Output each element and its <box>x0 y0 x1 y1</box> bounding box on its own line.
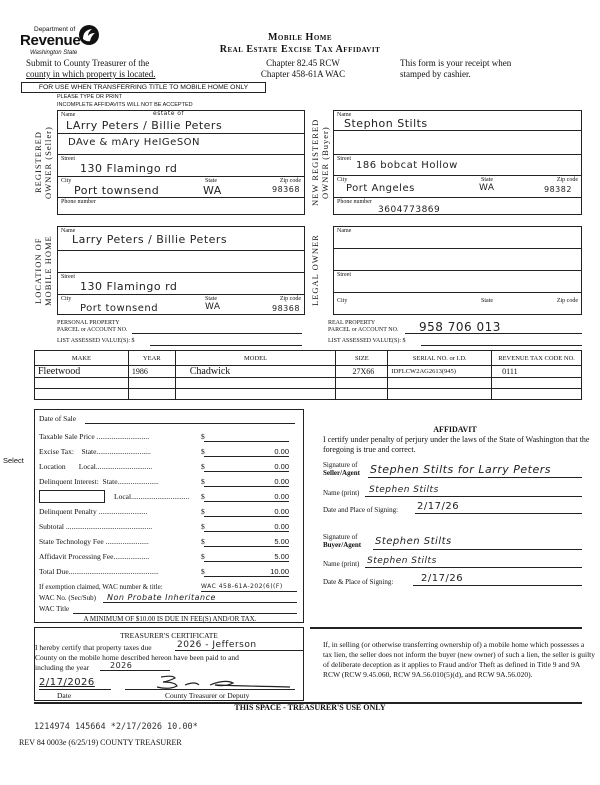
legal-name-row[interactable]: Name <box>334 227 581 249</box>
receipt-notice: This form is your receipt when stamped b… <box>400 58 511 80</box>
name-label: Name <box>337 228 351 234</box>
year-value: 2026 <box>110 661 132 670</box>
buyer-date-value: 2/17/26 <box>421 573 463 584</box>
treasurer-text-3: including the year <box>35 663 89 672</box>
seller-signature-field[interactable]: Stephen Stilts for Larry Peters <box>368 477 582 478</box>
mobile-home-table: MAKE YEAR MODEL SIZE SERIAL NO. or I.D. … <box>34 350 582 400</box>
fee-section: Date of Sale Taxable Sale Price ........… <box>34 409 304 623</box>
buyer-label-1: NEW REGISTERED <box>310 119 320 206</box>
cert-date-field[interactable]: 2/17/2026 <box>39 689 111 690</box>
real-account-field[interactable]: 958 706 013 <box>405 320 582 334</box>
submit-line-2: county in which property is located. <box>26 69 155 80</box>
street-label: Street <box>337 156 351 162</box>
taxes-due-value: 2026 - Jefferson <box>177 640 257 650</box>
buyer-sig-label-1: Signature of <box>323 533 361 541</box>
affidavit-text: I certify under penalty of perjury under… <box>323 435 593 455</box>
col-tax-code: REVENUE TAX CODE NO. <box>492 351 582 366</box>
buyer-name-field[interactable]: Stephen Stilts <box>365 567 582 568</box>
seller-state-value: WA <box>203 184 222 197</box>
cell-year[interactable] <box>128 389 175 400</box>
fee-label: Total Due <box>39 567 69 576</box>
treasurer-text-1: I hereby certify that property taxes due <box>35 643 152 652</box>
receipt-line-2: stamped by cashier. <box>400 69 511 80</box>
date-of-sale-label: Date of Sale <box>39 414 76 423</box>
buyer-signature-value: Stephen Stilts <box>375 536 452 547</box>
buyer-phone-value: 3604773869 <box>378 205 440 215</box>
real-label-1: REAL PROPERTY <box>328 320 398 327</box>
location-name-value: Larry Peters / Billie Peters <box>72 233 227 246</box>
col-size: SIZE <box>336 351 388 366</box>
seller-label-2: OWNER (Seller) <box>43 126 53 199</box>
excise-tax-local-label: Location Local..........................… <box>39 462 152 471</box>
excise-tax-state-field[interactable]: 0.00 <box>204 447 289 457</box>
city-label: City <box>61 178 71 184</box>
city-label: City <box>61 296 71 302</box>
cell-model[interactable] <box>175 389 336 400</box>
wac-no-value[interactable]: Non Probate Inheritance <box>107 593 216 602</box>
cell-serial[interactable] <box>388 378 492 389</box>
location-name-row-2[interactable] <box>58 251 304 273</box>
buyer-signature-label: Signature of Buyer/Agent <box>323 533 361 549</box>
treasurer-certificate: TREASURER'S CERTIFICATE I hereby certify… <box>34 627 304 701</box>
buyer-sig-label-2: Buyer/Agent <box>323 541 361 549</box>
cell-tax-code[interactable] <box>492 389 582 400</box>
taxable-sale-price-label: Taxable Sale Price .....................… <box>39 432 149 441</box>
real-assessed-field[interactable] <box>421 345 582 346</box>
delinquent-interest-state-label: Delinquent Interest: State..............… <box>39 477 159 486</box>
receipt-line-1: This form is your receipt when <box>400 58 511 69</box>
seller-street-row[interactable]: Street 130 Flamingo rd <box>58 155 304 177</box>
cell-serial[interactable]: IDFLCW2AG2613(945) <box>388 366 492 378</box>
wac-title-label: WAC Title <box>39 605 69 613</box>
legal-street-row[interactable]: Street <box>334 271 581 293</box>
cell-year[interactable] <box>128 378 175 389</box>
seller-street-value: 130 Flamingo rd <box>80 162 177 175</box>
cert-date-label: Date <box>57 691 71 700</box>
personal-assessed-label: LIST ASSESSED VALUE(S): $ <box>57 338 135 344</box>
personal-account-field[interactable] <box>132 333 302 334</box>
fee-sub-label: Local <box>114 492 131 501</box>
phone-label: Phone number <box>337 199 372 205</box>
personal-property-label: PERSONAL PROPERTY PARCEL or ACCOUNT NO. <box>57 320 127 334</box>
chapter-references: Chapter 82.45 RCW Chapter 458-61A WAC <box>253 58 353 80</box>
cert-date-value: 2/17/2026 <box>39 677 95 688</box>
form-title-line2: Real Estate Excise Tax Affidavit <box>190 44 410 55</box>
state-technology-fee-label: State Technology Fee ...................… <box>39 537 149 546</box>
buyer-label-2: OWNER (Buyer) <box>320 126 330 199</box>
personal-label-2: PARCEL or ACCOUNT NO. <box>57 327 127 334</box>
seller-date-field[interactable]: 2/17/26 <box>415 513 582 514</box>
delinquent-penalty-label: Delinquent Penalty .....................… <box>39 507 147 516</box>
submit-line-1: Submit to County Treasurer of the <box>26 58 155 69</box>
treasurer-text-1-label: I hereby certify that property taxes due <box>35 643 152 652</box>
seller-city-value: Port townsend <box>74 184 159 197</box>
cell-size[interactable] <box>336 389 388 400</box>
taxable-sale-price-field[interactable] <box>204 432 289 442</box>
buyer-name-row[interactable]: Name Stephon Stilts <box>334 111 581 131</box>
date-of-sale-field[interactable] <box>85 423 295 424</box>
real-account-value: 958 706 013 <box>419 320 501 334</box>
personal-label-1: PERSONAL PROPERTY <box>57 320 127 327</box>
buyer-city-value: Port Angeles <box>346 183 415 194</box>
cell-make[interactable]: Fleetwood <box>35 366 129 378</box>
treasurer-use-label: THIS SPACE - TREASURER'S USE ONLY <box>0 703 600 712</box>
total-due-label: Total Due...............................… <box>39 567 159 576</box>
delinquent-penalty-field[interactable]: 0.00 <box>204 507 289 517</box>
buyer-name-label: Name (print) <box>323 560 359 568</box>
location-zip-value: 98368 <box>272 304 300 313</box>
section-divider <box>310 627 582 629</box>
cell-model[interactable]: Chadwick <box>175 366 336 378</box>
zip-label: Zip code <box>280 296 301 302</box>
zip-label: Zip code <box>557 177 578 183</box>
table-row <box>35 378 582 389</box>
real-property-label: REAL PROPERTY PARCEL or ACCOUNT NO. <box>328 320 398 334</box>
seller-name-row-2[interactable]: DAve & mAry HeIGeSON <box>58 134 304 155</box>
total-due-field[interactable]: 10.00 <box>204 567 289 577</box>
location-block: Name Larry Peters / Billie Peters Street… <box>57 226 305 315</box>
street-label: Street <box>61 274 75 280</box>
buyer-name-row-2[interactable] <box>334 131 581 155</box>
cell-make[interactable] <box>35 389 129 400</box>
seller-city-row[interactable]: City Port townsend State WA Zip code 983… <box>58 177 304 198</box>
delinquent-interest-local-field[interactable]: 0.00 <box>204 492 289 502</box>
buyer-street-row[interactable]: Street 186 bobcat Hollow <box>334 155 581 176</box>
logo-state: Washington State <box>30 50 77 56</box>
buyer-name-print-value: Stephen Stilts <box>367 556 437 566</box>
fee-label: Delinquent Penalty <box>39 507 97 516</box>
cell-size[interactable]: 27X66 <box>336 366 388 378</box>
fee-sub-label: Local <box>79 462 96 471</box>
location-city-value: Port townsend <box>80 303 158 314</box>
seller-signature-value: Stephen Stilts for Larry Peters <box>370 463 551 476</box>
seller-sig-label-1: Signature of <box>323 461 360 469</box>
fee-label: Subtotal <box>39 522 64 531</box>
fee-label: Delinquent Interest: <box>39 477 99 486</box>
col-year: YEAR <box>128 351 175 366</box>
affidavit-title: AFFIDAVIT <box>310 425 600 434</box>
legal-owner-block: Name Street City State Zip code <box>333 226 582 315</box>
subtotal-label: Subtotal ...............................… <box>39 522 152 531</box>
state-technology-fee-field[interactable]: 5.00 <box>204 537 289 547</box>
buyer-date-label: Date & Place of Signing: <box>323 578 393 586</box>
seller-section-label: REGISTERED OWNER (Seller) <box>33 110 55 215</box>
seller-date-label: Date and Place of Signing: <box>323 506 398 514</box>
seller-name-label: Name (print) <box>323 489 359 497</box>
buyer-signature-field[interactable]: Stephen Stilts <box>373 549 582 550</box>
location-section-label: LOCATION OF MOBILE HOME <box>33 226 55 315</box>
buyer-name-value: Stephon Stilts <box>344 117 428 130</box>
cell-tax-code[interactable] <box>492 378 582 389</box>
seller-name-print-value: Stephen Stilts <box>369 485 439 495</box>
buyer-block: Name Stephon Stilts Street 186 bobcat Ho… <box>333 110 582 215</box>
form-title-line1: Mobile Home <box>0 32 600 43</box>
select-label: Select <box>3 456 24 465</box>
location-label-1: LOCATION OF <box>33 237 43 304</box>
table-row: Fleetwood 1986 Chadwick 27X66 IDFLCW2AG2… <box>35 366 582 378</box>
exemption-value[interactable]: WAC 458-61A-202(6)(F) <box>201 583 283 590</box>
treasurer-signer-label: County Treasurer or Deputy <box>165 691 249 700</box>
table-row <box>35 389 582 400</box>
treasurer-signature-field[interactable] <box>125 689 295 690</box>
print-instructions: PLEASE TYPE OR PRINT INCOMPLETE AFFIDAVI… <box>57 93 193 109</box>
street-label: Street <box>61 156 75 162</box>
buyer-zip-value: 98382 <box>544 185 572 194</box>
affidavit-processing-fee-label: Affidavit Processing Fee................… <box>39 552 149 561</box>
zip-label: Zip code <box>557 298 578 304</box>
fee-label: Excise Tax: <box>39 447 74 456</box>
taxes-due-field[interactable]: 2026 - Jefferson <box>175 650 303 651</box>
cell-size[interactable] <box>336 378 388 389</box>
cashier-stamp: 1214974 145664 *2/17/2026 10.00* <box>34 722 198 732</box>
seller-name-row[interactable]: Name estate of LArry Peters / Billie Pet… <box>58 111 304 134</box>
col-serial: SERIAL NO. or I.D. <box>388 351 492 366</box>
seller-block: Name estate of LArry Peters / Billie Pet… <box>57 110 305 215</box>
seller-name-line2-value: DAve & mAry HeIGeSON <box>68 137 200 148</box>
please-print: PLEASE TYPE OR PRINT <box>57 93 193 101</box>
location-label-2: MOBILE HOME <box>43 235 53 306</box>
cell-tax-code[interactable]: 0111 <box>492 366 582 378</box>
buyer-phone-row[interactable]: Phone number 3604773869 <box>334 198 581 216</box>
form-id: REV 84 0003e (6/25/19) COUNTY TREASURER <box>19 738 182 747</box>
excise-tax-local-field[interactable]: 0.00 <box>204 462 289 472</box>
location-name-row[interactable]: Name Larry Peters / Billie Peters <box>58 227 304 251</box>
seller-signature-label: Signature of Seller/Agent <box>323 461 360 477</box>
fee-label: State Technology Fee <box>39 537 104 546</box>
seller-name-annotation: estate of <box>153 110 184 117</box>
legal-owner-label: LEGAL OWNER <box>310 235 320 307</box>
treasurer-title: TREASURER'S CERTIFICATE <box>35 631 303 640</box>
delinquent-interest-state-field[interactable]: 0.00 <box>204 477 289 487</box>
excise-tax-state-label: Excise Tax: State.......................… <box>39 447 151 456</box>
fee-sub-label: State <box>81 447 96 456</box>
minimum-notice: A MINIMUM OF $10.00 IS DUE IN FEE(S) AND… <box>35 615 305 623</box>
chapter-rcw: Chapter 82.45 RCW <box>253 58 353 69</box>
personal-assessed-field[interactable] <box>150 345 302 346</box>
cell-model[interactable] <box>175 378 336 389</box>
buyer-city-row[interactable]: City Port Angeles State WA Zip code 9838… <box>334 176 581 198</box>
location-street-value: 130 Flamingo rd <box>80 280 177 293</box>
real-label-2: PARCEL or ACCOUNT NO. <box>328 327 398 334</box>
delinquent-interest-local-label: Local............................... <box>114 492 189 501</box>
fee-label: Taxable Sale Price <box>39 432 95 441</box>
col-model: MODEL <box>175 351 336 366</box>
treasurer-text-2: County on the mobile home described here… <box>35 653 239 662</box>
seller-sig-label-2: Seller/Agent <box>323 469 360 477</box>
fee-label: Affidavit Processing Fee <box>39 552 113 561</box>
year-field[interactable]: 2026 <box>100 670 170 671</box>
buyer-date-field[interactable]: 2/17/26 <box>413 585 582 586</box>
exemption-label: If exemption claimed, WAC number & title… <box>39 583 163 591</box>
cell-year[interactable]: 1986 <box>128 366 175 378</box>
table-header-row: MAKE YEAR MODEL SIZE SERIAL NO. or I.D. … <box>35 351 582 366</box>
legal-name-row-2[interactable] <box>334 249 581 271</box>
seller-name-field[interactable]: Stephen Stilts <box>365 496 582 497</box>
legal-city-row[interactable]: City State Zip code <box>334 293 581 316</box>
subtotal-field[interactable]: 0.00 <box>204 522 289 532</box>
chapter-wac: Chapter 458-61A WAC <box>253 69 353 80</box>
location-label: Location <box>39 462 66 471</box>
incomplete-notice: INCOMPLETE AFFIDAVITS WILL NOT BE ACCEPT… <box>57 101 193 109</box>
legal-owner-section-label: LEGAL OWNER <box>310 226 332 315</box>
location-select-box[interactable] <box>39 490 105 503</box>
exemption-line <box>201 591 297 592</box>
fee-sub-label: State <box>103 477 118 486</box>
real-assessed-label: LIST ASSESSED VALUE(S): $ <box>328 338 406 344</box>
phone-label: Phone number <box>61 199 96 205</box>
location-street-row[interactable]: Street 130 Flamingo rd <box>58 273 304 295</box>
wac-no-label: WAC No. (Sec/Sub) <box>39 594 96 602</box>
cell-make[interactable] <box>35 378 129 389</box>
buyer-street-value: 186 bobcat Hollow <box>356 160 458 171</box>
submit-instructions: Submit to County Treasurer of the county… <box>26 58 155 80</box>
seller-date-value: 2/17/26 <box>417 501 459 512</box>
buyer-section-label: NEW REGISTERED OWNER (Buyer) <box>310 110 332 215</box>
for-use-notice: FOR USE WHEN TRANSFERRING TITLE TO MOBIL… <box>21 82 266 93</box>
state-label: State <box>481 298 493 304</box>
buyer-state-value: WA <box>479 183 495 193</box>
city-label: City <box>337 298 347 304</box>
seller-name-value: LArry Peters / Billie Peters <box>66 119 222 132</box>
location-city-row[interactable]: City Port townsend State WA Zip code 983… <box>58 295 304 316</box>
location-state-value: WA <box>205 302 221 312</box>
wac-title-field[interactable] <box>73 613 297 614</box>
fraud-notice: If, in selling (or otherwise transferrin… <box>323 640 595 680</box>
treasurer-signature-icon <box>155 673 295 691</box>
wac-no-line <box>103 602 297 603</box>
seller-label-1: REGISTERED <box>33 132 43 194</box>
affidavit-processing-fee-field[interactable]: 5.00 <box>204 552 289 562</box>
seller-phone-row[interactable]: Phone number <box>58 198 304 216</box>
seller-zip-value: 98368 <box>272 185 300 194</box>
name-label: Name <box>61 112 75 118</box>
street-label: Street <box>337 272 351 278</box>
zip-label: Zip code <box>280 178 301 184</box>
col-make: MAKE <box>35 351 129 366</box>
cell-serial[interactable] <box>388 389 492 400</box>
